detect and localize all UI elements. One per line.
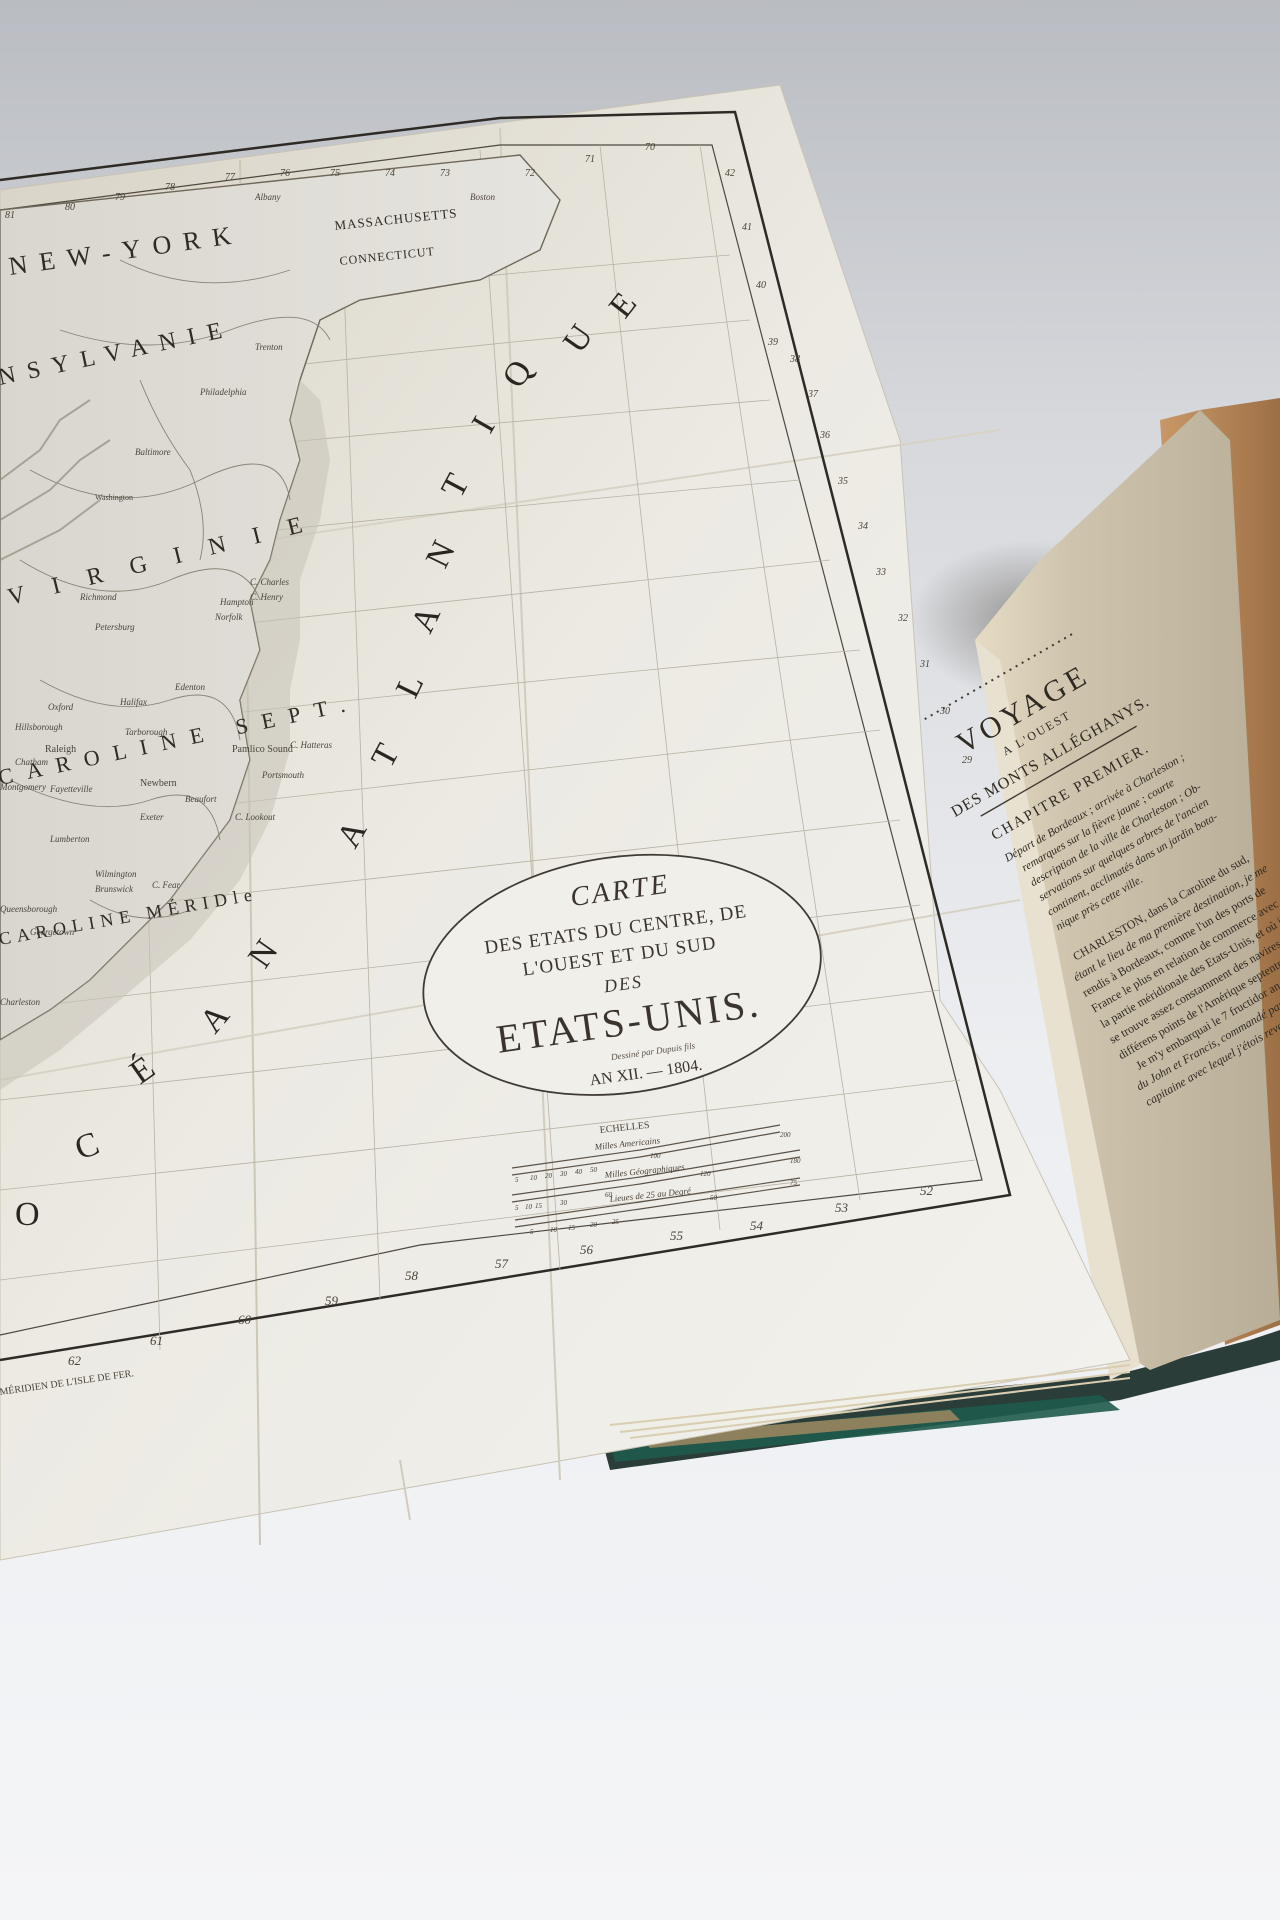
svg-text:Edenton: Edenton (174, 682, 205, 692)
svg-text:200: 200 (780, 1131, 791, 1139)
svg-text:10: 10 (530, 1174, 538, 1182)
svg-text:Trenton: Trenton (255, 342, 283, 352)
svg-text:31: 31 (919, 659, 930, 670)
svg-text:76: 76 (280, 168, 290, 179)
svg-text:Tarborough: Tarborough (125, 727, 168, 737)
svg-text:Washington: Washington (95, 493, 133, 502)
svg-text:33: 33 (875, 567, 886, 578)
svg-text:Brunswick: Brunswick (95, 884, 134, 894)
svg-text:5: 5 (515, 1204, 519, 1212)
svg-text:34: 34 (857, 521, 868, 532)
svg-text:Hillsborough: Hillsborough (14, 722, 63, 732)
svg-text:53: 53 (835, 1200, 849, 1215)
svg-text:52: 52 (920, 1183, 934, 1198)
svg-text:C. Hatteras: C. Hatteras (290, 740, 333, 750)
svg-text:Exeter: Exeter (139, 812, 164, 822)
svg-text:Georgetown: Georgetown (30, 927, 75, 937)
svg-text:Boston: Boston (470, 192, 496, 202)
svg-text:60: 60 (605, 1191, 613, 1199)
svg-text:71: 71 (585, 154, 595, 165)
svg-text:20: 20 (545, 1172, 553, 1180)
svg-text:Richmond: Richmond (79, 592, 117, 602)
svg-text:79: 79 (115, 192, 125, 203)
svg-text:Oxford: Oxford (48, 702, 74, 712)
svg-text:39: 39 (767, 337, 778, 348)
svg-text:55: 55 (670, 1228, 684, 1243)
photo-scene: NEW-YORK MASSACHUSETTS CONNECTICUT NSYLV… (0, 0, 1280, 1920)
svg-text:41: 41 (742, 222, 752, 233)
svg-text:30: 30 (559, 1170, 568, 1178)
svg-text:Newbern: Newbern (140, 778, 177, 789)
svg-text:56: 56 (580, 1242, 594, 1257)
svg-text:Chatham: Chatham (15, 757, 49, 767)
svg-text:50: 50 (590, 1166, 598, 1174)
svg-text:Pamlico Sound: Pamlico Sound (232, 744, 293, 755)
svg-text:58: 58 (405, 1268, 419, 1283)
svg-text:40: 40 (575, 1168, 583, 1176)
svg-text:C. Charles: C. Charles (250, 577, 290, 587)
svg-text:73: 73 (440, 168, 450, 179)
folding-map: NEW-YORK MASSACHUSETTS CONNECTICUT NSYLV… (0, 85, 1130, 1560)
svg-text:54: 54 (750, 1218, 764, 1233)
svg-text:36: 36 (819, 430, 830, 441)
svg-text:62: 62 (68, 1353, 82, 1368)
svg-text:180: 180 (790, 1157, 801, 1165)
svg-text:Fayetteville: Fayetteville (49, 784, 92, 794)
svg-text:42: 42 (725, 168, 735, 179)
svg-text:Albany: Albany (254, 192, 281, 202)
svg-text:59: 59 (325, 1293, 339, 1308)
svg-text:74: 74 (385, 168, 395, 179)
svg-text:32: 32 (897, 613, 908, 624)
svg-text:10: 10 (550, 1226, 558, 1234)
svg-text:Philadelphia: Philadelphia (199, 387, 247, 397)
svg-text:C. Fear: C. Fear (152, 880, 180, 890)
svg-text:72: 72 (525, 168, 535, 179)
svg-text:37: 37 (807, 389, 819, 400)
svg-text:60: 60 (238, 1312, 252, 1327)
svg-text:75: 75 (330, 168, 340, 179)
svg-text:120: 120 (700, 1170, 711, 1178)
svg-text:Wilmington: Wilmington (95, 869, 137, 879)
svg-text:Lumberton: Lumberton (49, 834, 90, 844)
svg-text:70: 70 (645, 142, 655, 153)
svg-text:Hampton: Hampton (219, 597, 254, 607)
svg-text:40: 40 (756, 280, 766, 291)
svg-text:Baltimore: Baltimore (135, 447, 171, 457)
svg-text:Raleigh: Raleigh (45, 744, 76, 755)
svg-text:Norfolk: Norfolk (214, 612, 244, 622)
svg-text:75: 75 (790, 1179, 798, 1187)
svg-text:57: 57 (495, 1256, 509, 1271)
svg-text:30: 30 (559, 1199, 568, 1207)
svg-text:10: 10 (525, 1203, 533, 1211)
svg-text:50: 50 (710, 1194, 718, 1202)
svg-text:38: 38 (789, 354, 800, 365)
svg-text:35: 35 (837, 476, 848, 487)
svg-text:15: 15 (535, 1202, 543, 1210)
svg-text:80: 80 (65, 202, 75, 213)
svg-text:Halifax: Halifax (119, 697, 147, 707)
svg-text:78: 78 (165, 182, 175, 193)
svg-text:Petersburg: Petersburg (94, 622, 135, 632)
svg-text:Beaufort: Beaufort (185, 794, 217, 804)
svg-text:25: 25 (612, 1218, 620, 1226)
svg-text:77: 77 (225, 172, 236, 183)
svg-text:20: 20 (590, 1221, 598, 1229)
svg-text:Charleston: Charleston (0, 997, 41, 1007)
svg-text:15: 15 (568, 1224, 576, 1232)
svg-text:Portsmouth: Portsmouth (261, 770, 305, 780)
svg-text:Queensborough: Queensborough (0, 904, 58, 914)
svg-text:5: 5 (530, 1228, 534, 1236)
svg-text:100: 100 (650, 1152, 661, 1160)
svg-text:5: 5 (515, 1176, 519, 1184)
svg-text:61: 61 (150, 1333, 163, 1348)
svg-text:Montgomery: Montgomery (0, 782, 46, 792)
svg-text:C. Henry: C. Henry (250, 592, 283, 602)
svg-text:O: O (15, 1196, 40, 1233)
svg-text:81: 81 (5, 210, 15, 221)
svg-text:C. Lookout: C. Lookout (235, 812, 276, 822)
